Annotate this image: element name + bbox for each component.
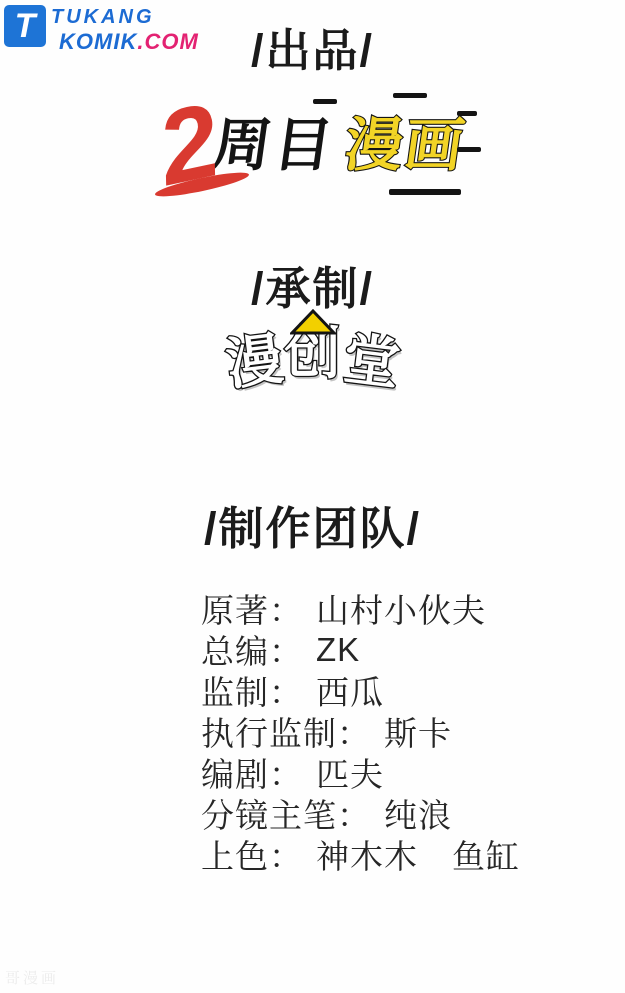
logo-zhoumu-text: 周目 [209,117,339,175]
credit-label: 编剧： [201,749,303,796]
credit-value: 纯浪 [384,790,452,837]
credit-label: 分镜主笔： [201,790,371,837]
credit-row-storyboard-artist: 分镜主笔： 纯浪 [201,793,520,834]
credit-value: 匹夫 [316,749,384,796]
credit-row-executive-supervisor: 执行监制： 斯卡 [201,711,520,752]
credit-row-chief-editor: 总编： ZK [201,629,520,670]
credit-value: 斯卡 [384,708,452,755]
logo-numeral-2: 2 [150,94,226,198]
credit-label: 执行监制： [201,708,371,755]
credit-label: 原著： [201,585,303,632]
site-logo-line1: TUKANG [51,7,199,27]
faint-bottom-watermark: 哥漫画 [5,967,59,988]
credit-value: 西瓜 [316,667,384,714]
credit-row-supervisor: 监制： 西瓜 [201,670,520,711]
speed-line [457,111,477,116]
speed-line [457,147,481,152]
credits-list: 原著： 山村小伙夫 总编： ZK 监制： 西瓜 执行监制： 斯卡 编剧： 匹夫 … [201,588,520,875]
credit-label: 总编： [201,626,303,673]
2shume-manga-logo-inner: 2 周目 漫画 [160,99,466,193]
mct-char-3: 堂 [339,327,402,398]
credit-value: 神木木 鱼缸 [316,831,520,878]
logo-manhua-text: 漫画 [341,117,469,175]
2shume-manga-logo: 2 周目 漫画 [0,94,625,198]
credit-value: ZK [316,631,360,669]
speed-line [389,189,461,195]
roof-triangle-icon [290,309,336,335]
speed-line [313,99,337,104]
speed-line [393,93,427,98]
credit-label: 监制： [201,667,303,714]
section-heading-production-by: /承制/ [0,266,625,311]
credit-label: 上色： [201,831,303,878]
credit-value: 山村小伙夫 [316,585,486,632]
section-heading-produced-by: /出品/ [0,28,625,73]
credit-row-screenwriter: 编剧： 匹夫 [201,752,520,793]
credit-row-original-author: 原著： 山村小伙夫 [201,588,520,629]
manchuangtang-logo: 漫 创 堂 [0,326,625,390]
comic-credits-page: T TUKANG KOMIK.COM /出品/ 2 周目 漫画 /承制/ 漫 [0,0,625,993]
mct-char-2-wrap: 创 [285,322,341,386]
mct-char-1: 漫 [222,327,285,398]
credit-row-colorists: 上色： 神木木 鱼缸 [201,834,520,875]
section-heading-team: /制作团队/ [0,506,625,551]
